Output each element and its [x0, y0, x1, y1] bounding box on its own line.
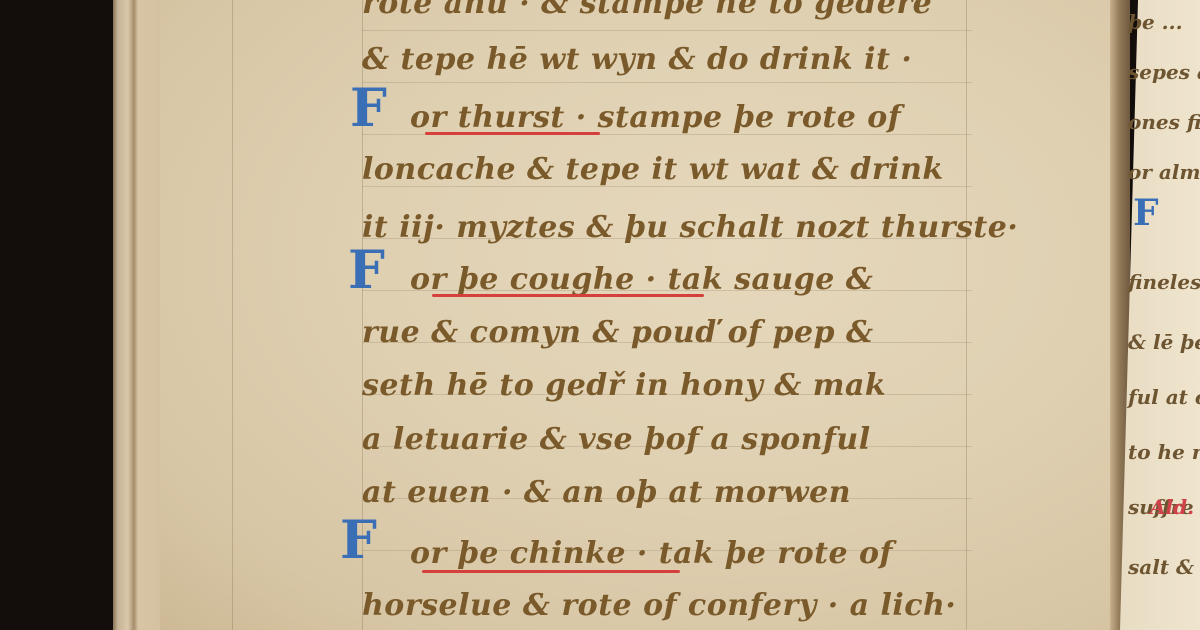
- text-line: rote anu · & stampe hē to gedere: [362, 0, 932, 21]
- text-line: or thurst · stampe þe rote of: [410, 100, 901, 135]
- blue-initial: F: [348, 240, 385, 301]
- facing-text-line: fineles f...: [1128, 270, 1200, 294]
- text-line: horselue & rote of confery · a lich·: [362, 588, 956, 623]
- red-underline: [422, 570, 680, 573]
- text-line: at euen · & an oþ at morwen: [362, 475, 851, 510]
- facing-text-line: to he nauel: [1128, 440, 1200, 464]
- red-underline: [425, 132, 600, 135]
- facing-text-line: & lē þe h...: [1128, 330, 1200, 354]
- text-line: a letuarie & vse þof a sponful: [362, 422, 871, 457]
- ruling-line: [362, 82, 972, 83]
- facing-text-line: ful at ones: [1128, 385, 1200, 409]
- red-underline: [432, 294, 704, 297]
- dark-backdrop: [0, 0, 113, 630]
- facing-blue-initial: F: [1133, 192, 1159, 234]
- text-line: seth hē to gedř in hony & mak: [362, 368, 886, 403]
- page-edges: [113, 0, 163, 630]
- text-line: it iij· myztes & þu schalt nozt thurste·: [362, 210, 1018, 245]
- text-line: or þe coughe · tak sauge &: [410, 262, 873, 297]
- text-line: loncache & tepe it wt wat & drink: [362, 152, 944, 187]
- text-line: rue & comyn & pouď of pep &: [362, 315, 874, 350]
- facing-text-line: ones fich...: [1128, 110, 1200, 134]
- text-line: & tepe hē wt wyn & do drink it ·: [362, 42, 912, 77]
- facing-text-line: salt & tepe it: [1128, 555, 1200, 579]
- ruling-line: [232, 0, 233, 630]
- ruling-line: [362, 30, 972, 31]
- ruling-line: [966, 0, 967, 630]
- facing-text-line: þe ...: [1128, 10, 1183, 34]
- facing-text-line: or alm...: [1128, 160, 1200, 184]
- text-line: or þe chinke · tak þe rote of: [410, 536, 893, 571]
- facing-page: [1120, 0, 1200, 630]
- blue-initial: F: [340, 510, 377, 571]
- facing-text-line: sepes an...: [1128, 60, 1200, 84]
- facing-red-word: Ald.: [1150, 495, 1194, 519]
- blue-initial: F: [350, 78, 387, 139]
